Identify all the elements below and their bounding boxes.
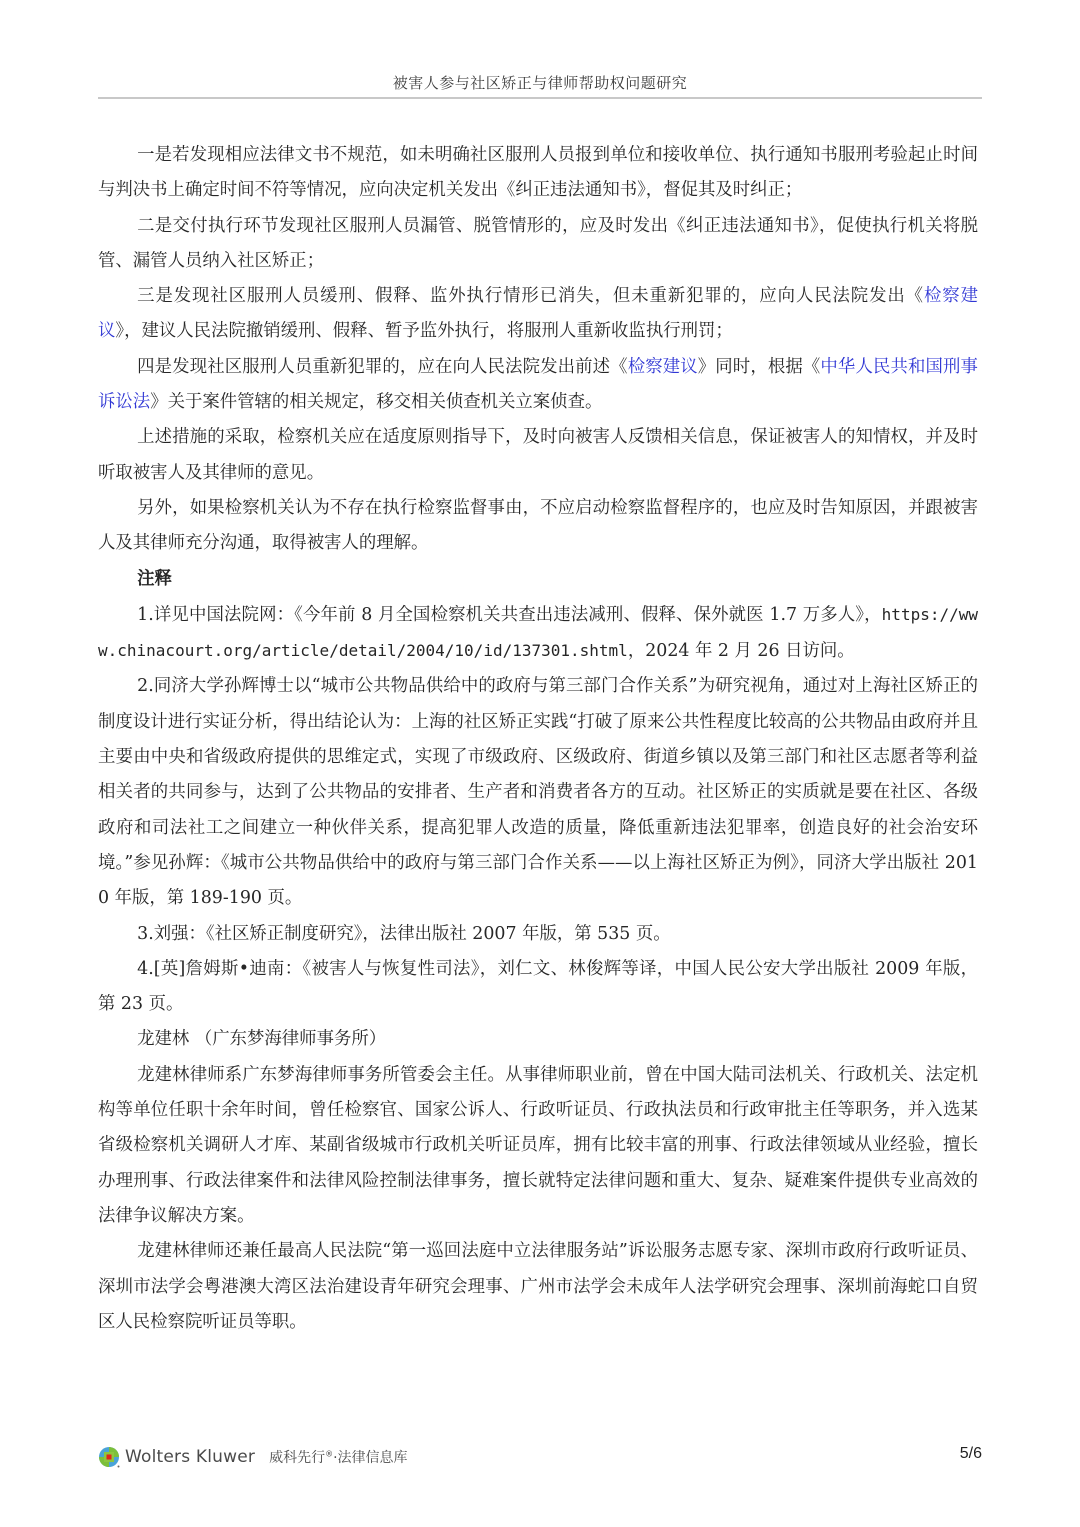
page-number: 5/6 [960,1445,982,1463]
paragraph-4-text-middle: 》同时，根据《 [698,357,821,377]
note-3: 3.刘强：《社区矫正制度研究》，法律出版社 2007 年版，第 535 页。 [98,917,978,952]
paragraph-4-text-after: 》关于案件管辖的相关规定，移交相关侦查机关立案侦查。 [150,392,602,412]
paragraph-3: 三是发现社区服刑人员缓刑、假释、监外执行情形已消失，但未重新犯罪的，应向人民法院… [98,279,978,350]
author-bio-1: 龙建林律师系广东梦海律师事务所管委会主任。从事律师职业前，曾在中国大陆司法机关、… [98,1058,978,1234]
note-4: 4.[英]詹姆斯•迪南：《被害人与恢复性司法》，刘仁文、林俊辉等译，中国人民公安… [98,952,978,1023]
brand-cn-part-2: ·法律信息库 [333,1450,407,1466]
paragraph-5: 上述措施的采取，检察机关应在适度原则指导下，及时向被害人反馈相关信息，保证被害人… [98,420,978,491]
header-divider [98,97,982,99]
footer-brand: Wolters Kluwer 威科先行®·法律信息库 [98,1443,408,1471]
page-footer: Wolters Kluwer 威科先行®·法律信息库 5/6 [98,1443,982,1471]
wolters-kluwer-logo-icon [98,1446,120,1468]
document-body: 一是若发现相应法律文书不规范，如未明确社区服刑人员报到单位和接收单位、执行通知书… [98,138,978,1340]
brand-name: Wolters Kluwer [125,1447,255,1467]
paragraph-1: 一是若发现相应法律文书不规范，如未明确社区服刑人员报到单位和接收单位、执行通知书… [98,138,978,209]
brand-chinese-name: 威科先行®·法律信息库 [269,1447,407,1467]
notes-heading: 注释 [98,562,978,597]
paragraph-4-text-before: 四是发现社区服刑人员重新犯罪的，应在向人民法院发出前述《 [137,357,628,377]
running-header-title: 被害人参与社区矫正与律师帮助权问题研究 [98,72,982,93]
paragraph-6: 另外，如果检察机关认为不存在执行检察监督事由，不应启动检察监督程序的，也应及时告… [98,491,978,562]
note-1: 1.详见中国法院网：《今年前 8 月全国检察机关共查出违法减刑、假释、保外就医 … [98,597,978,670]
brand-cn-part-1: 威科先行 [269,1450,325,1466]
note-2: 2.同济大学孙辉博士以“城市公共物品供给中的政府与第三部门合作关系”为研究视角，… [98,669,978,916]
author-byline: 龙建林 （广东梦海律师事务所） [98,1022,978,1057]
note-1-accessed: ，2024 年 2 月 26 日访问。 [628,641,855,661]
link-procuratorial-suggestion-2[interactable]: 检察建议 [628,357,698,377]
paragraph-2: 二是交付执行环节发现社区服刑人员漏管、脱管情形的，应及时发出《纠正违法通知书》，… [98,209,978,280]
paragraph-3-text-after: 》，建议人民法院撤销缓刑、假释、暂予监外执行，将服刑人重新收监执行刑罚； [115,321,732,341]
registered-mark: ® [325,1449,333,1458]
paragraph-4: 四是发现社区服刑人员重新犯罪的，应在向人民法院发出前述《检察建议》同时，根据《中… [98,350,978,421]
note-1-text: 1.详见中国法院网：《今年前 8 月全国检察机关共查出违法减刑、假释、保外就医 … [137,605,882,625]
author-bio-2: 龙建林律师还兼任最高人民法院“第一巡回法庭中立法律服务站”诉讼服务志愿专家、深圳… [98,1234,978,1340]
paragraph-3-text-before: 三是发现社区服刑人员缓刑、假释、监外执行情形已消失，但未重新犯罪的，应向人民法院… [137,286,924,306]
